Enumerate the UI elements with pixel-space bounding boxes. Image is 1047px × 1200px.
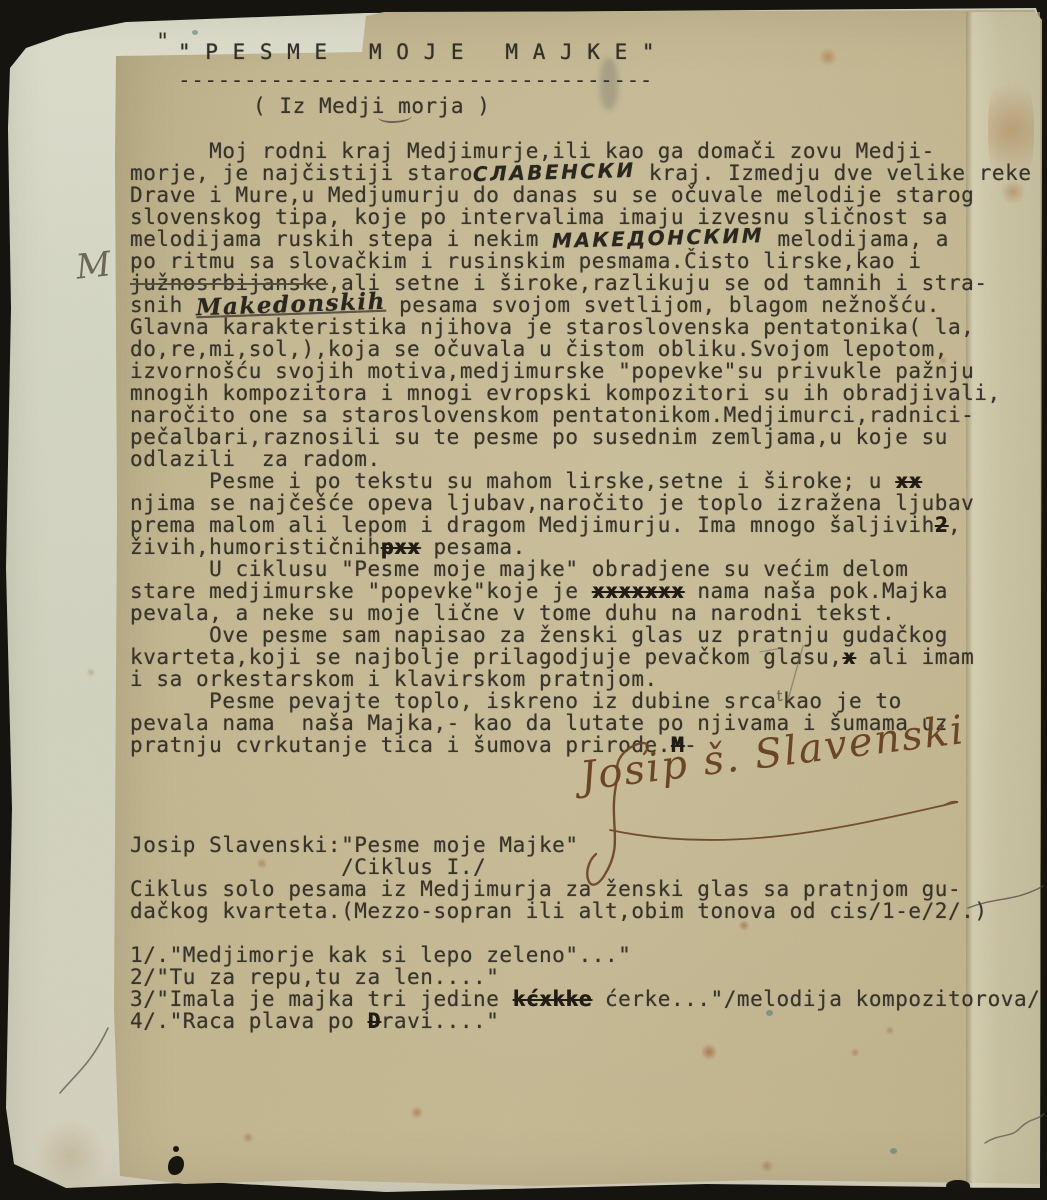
text-line: Pesme i po tekstu su mahom lirske,setne … — [130, 470, 1032, 492]
text-line: /Ciklus I./ — [130, 856, 1040, 878]
text-line: Josip Slavenski:"Pesme moje Majke" — [130, 834, 1040, 856]
typed-text: do,re,mi,sol,),koja se očuvala u čistom … — [130, 337, 948, 361]
typed-text: Pesme i po tekstu su mahom lirske,setne … — [130, 469, 895, 493]
subtitle: ( Iz Medji morja ) — [253, 94, 490, 118]
typed-text: Josip Slavenski:"Pesme moje Majke" — [130, 833, 579, 857]
title-block: " P E S M E M O J E M A J K E " --------… — [178, 40, 656, 92]
text-line: odlazili za radom. — [130, 448, 1032, 470]
text-line: melodijama ruskih stepa i nekim МАКЕДОНС… — [130, 228, 1032, 250]
text-line: njima se najčešće opeva ljubav,naročito … — [130, 492, 1032, 514]
typed-text: pesama. — [420, 535, 526, 559]
text-line: mnogih kompozitora i mnogi evropski komp… — [130, 382, 1032, 404]
text-line — [130, 922, 1040, 944]
body-text: Moj rodni kraj Medjimurje,ili kao ga dom… — [130, 140, 1032, 756]
title-underline: ------------------------------------ — [178, 68, 656, 92]
typed-text: prema malom ali lepom i dragom Medjimurj… — [130, 513, 935, 537]
lower-text-block: Josip Slavenski:"Pesme moje Majke" /Cikl… — [130, 834, 1040, 1032]
typed-text: slovenskog tipa, koje po intervalima ima… — [130, 205, 948, 229]
typed-text: Moj rodni kraj Medjimurje,ili kao ga dom… — [130, 139, 935, 163]
handcur-text: Makedonskih — [196, 291, 387, 320]
text-line: slovenskog tipa, koje po intervalima ima… — [130, 206, 1032, 228]
typed-text: ali imam — [856, 645, 975, 669]
text-line: Pesme pevajte toplo, iskreno iz dubine s… — [130, 690, 1032, 712]
typed-text: 1/."Medjimorje kak si lepo zeleno"..." — [130, 943, 631, 967]
text-line: stare medjimurske "popevke"koje je xxxxx… — [130, 580, 1032, 602]
typed-text: kvarteta,koji se najbolje prilagodjuje p… — [130, 645, 842, 669]
xstrike-text: kćxkke — [513, 987, 592, 1011]
typed-text: melodijama ruskih stepa i nekim — [130, 227, 552, 251]
typed-text: snih — [130, 293, 196, 317]
margin-pencil-mark: M — [74, 244, 113, 287]
xstrike-text: 2 — [935, 513, 948, 537]
text-line: Ove pesme sam napisao za ženski glas uz … — [130, 624, 1032, 646]
text-line: izvornošću svojih motiva,medjimurske "po… — [130, 360, 1032, 382]
typed-text: pesama svojom svetlijom, blagom nežnošću… — [386, 293, 940, 317]
typed-text: izvornošću svojih motiva,medjimurske "po… — [130, 359, 974, 383]
text-line: dačkog kvarteta.(Mezzo-sopran ili alt,ob… — [130, 900, 1040, 922]
text-line: živih,humorističnihpxx pesama. — [130, 536, 1032, 558]
text-line: Drave i Mure,u Medjumurju do danas su se… — [130, 184, 1032, 206]
typed-text: Ove pesme sam napisao za ženski glas uz … — [130, 623, 948, 647]
xstrike-text: xxxxxxx — [592, 579, 684, 603]
xstrike-text: pxx — [381, 535, 421, 559]
typed-text: ravi...." — [381, 1009, 500, 1033]
typed-text: njima se najčešće opeva ljubav,naročito … — [130, 491, 974, 515]
text-line: naročito one sa staroslovenskom pentaton… — [130, 404, 1032, 426]
text-line: pečalbari,raznosili su te pesme po sused… — [130, 426, 1032, 448]
text-line: južnosrbijanske,ali setne i široke,razli… — [130, 272, 1032, 294]
typed-text — [130, 921, 143, 945]
typed-text: mnogih kompozitora i mnogi evropski komp… — [130, 381, 1001, 405]
typed-text: dačkog kvarteta.(Mezzo-sopran ili alt,ob… — [130, 899, 988, 923]
hand-text: СЛАВЕНСКИ — [473, 159, 636, 185]
typed-text: Pesme pevajte toplo, iskreno iz dubine s… — [130, 689, 776, 713]
xstrike-text: D — [367, 1009, 380, 1033]
typed-text: naročito one sa staroslovenskom pentaton… — [130, 403, 974, 427]
text-line: pevala, a neke su moje lične v tome duhu… — [130, 602, 1032, 624]
text-line: 2/"Tu za repu,tu za len...." — [130, 966, 1040, 988]
typed-text: pevala, a neke su moje lične v tome duhu… — [130, 601, 895, 625]
typed-text: Ciklus solo pesama iz Medjimurja za žens… — [130, 877, 961, 901]
xstrike-text: xx — [895, 469, 921, 493]
typed-text: U ciklusu "Pesme moje majke" obradjene s… — [130, 557, 908, 581]
page-title: " P E S M E M O J E M A J K E " — [178, 40, 656, 64]
text-line: po ritmu sa slovačkim i rusinskim pesmam… — [130, 250, 1032, 272]
typed-text: i sa orkestarskom i klavirskom pratnjom. — [130, 667, 658, 691]
typed-text: 4/."Raca plava po — [130, 1009, 367, 1033]
typed-text: živih,humorističnih — [130, 535, 381, 559]
text-line: snih Makedonskih pesama svojom svetlijom… — [130, 294, 1032, 316]
hand-text: МАКЕДОНСКИМ — [552, 224, 765, 252]
text-line: Glavna karakteristika njihova je starosl… — [130, 316, 1032, 338]
text-line: i sa orkestarskom i klavirskom pratnjom. — [130, 668, 1032, 690]
typed-text: Drave i Mure,u Medjumurju do danas su se… — [130, 183, 974, 207]
typed-text: po ritmu sa slovačkim i rusinskim pesmam… — [130, 249, 922, 273]
text-line: 1/."Medjimorje kak si lepo zeleno"..." — [130, 944, 1040, 966]
typed-text: kraj. Izmedju dve velike reke — [636, 161, 1032, 185]
typed-text: 2/"Tu za repu,tu za len...." — [130, 965, 499, 989]
xstrike-text: x — [842, 645, 855, 669]
typed-text: pečalbari,raznosili su te pesme po sused… — [130, 425, 948, 449]
typed-text: ćerke..."/melodija kompozitorova/ — [592, 987, 1041, 1011]
typed-text: melodijama, a — [764, 227, 949, 251]
typed-text: 3/"Imala je majka tri jedine — [130, 987, 513, 1011]
pencilsup-text: t — [776, 685, 783, 707]
text-line: Ciklus solo pesama iz Medjimurja za žens… — [130, 878, 1040, 900]
stray-quote-mark: " — [156, 30, 169, 55]
text-line: do,re,mi,sol,),koja se očuvala u čistom … — [130, 338, 1032, 360]
typed-text: kao je to — [783, 689, 902, 713]
text-line: 3/"Imala je majka tri jedine kćxkke ćerk… — [130, 988, 1040, 1010]
typed-text: stare medjimurske "popevke"koje je — [130, 579, 592, 603]
typed-text: nama naša pok.Majka — [684, 579, 948, 603]
typed-text: , — [948, 513, 961, 537]
typed-text: odlazili za radom. — [130, 447, 381, 471]
text-line: prema malom ali lepom i dragom Medjimurj… — [130, 514, 1032, 536]
text-line: kvarteta,koji se najbolje prilagodjuje p… — [130, 646, 1032, 668]
typed-text: morje, je najčistiji staro — [130, 161, 473, 185]
text-line: U ciklusu "Pesme moje majke" obradjene s… — [130, 558, 1032, 580]
typed-text: ,ali setne i široke,razlikuju se od tamn… — [328, 271, 988, 295]
text-line: 4/."Raca plava po Dravi...." — [130, 1010, 1040, 1032]
typed-text: /Ciklus I./ — [130, 855, 486, 879]
text-line: morje, je najčistiji staroСЛАВЕНСКИ kraj… — [130, 162, 1032, 184]
document-scan: " " P E S M E M O J E M A J K E " ------… — [0, 0, 1047, 1200]
